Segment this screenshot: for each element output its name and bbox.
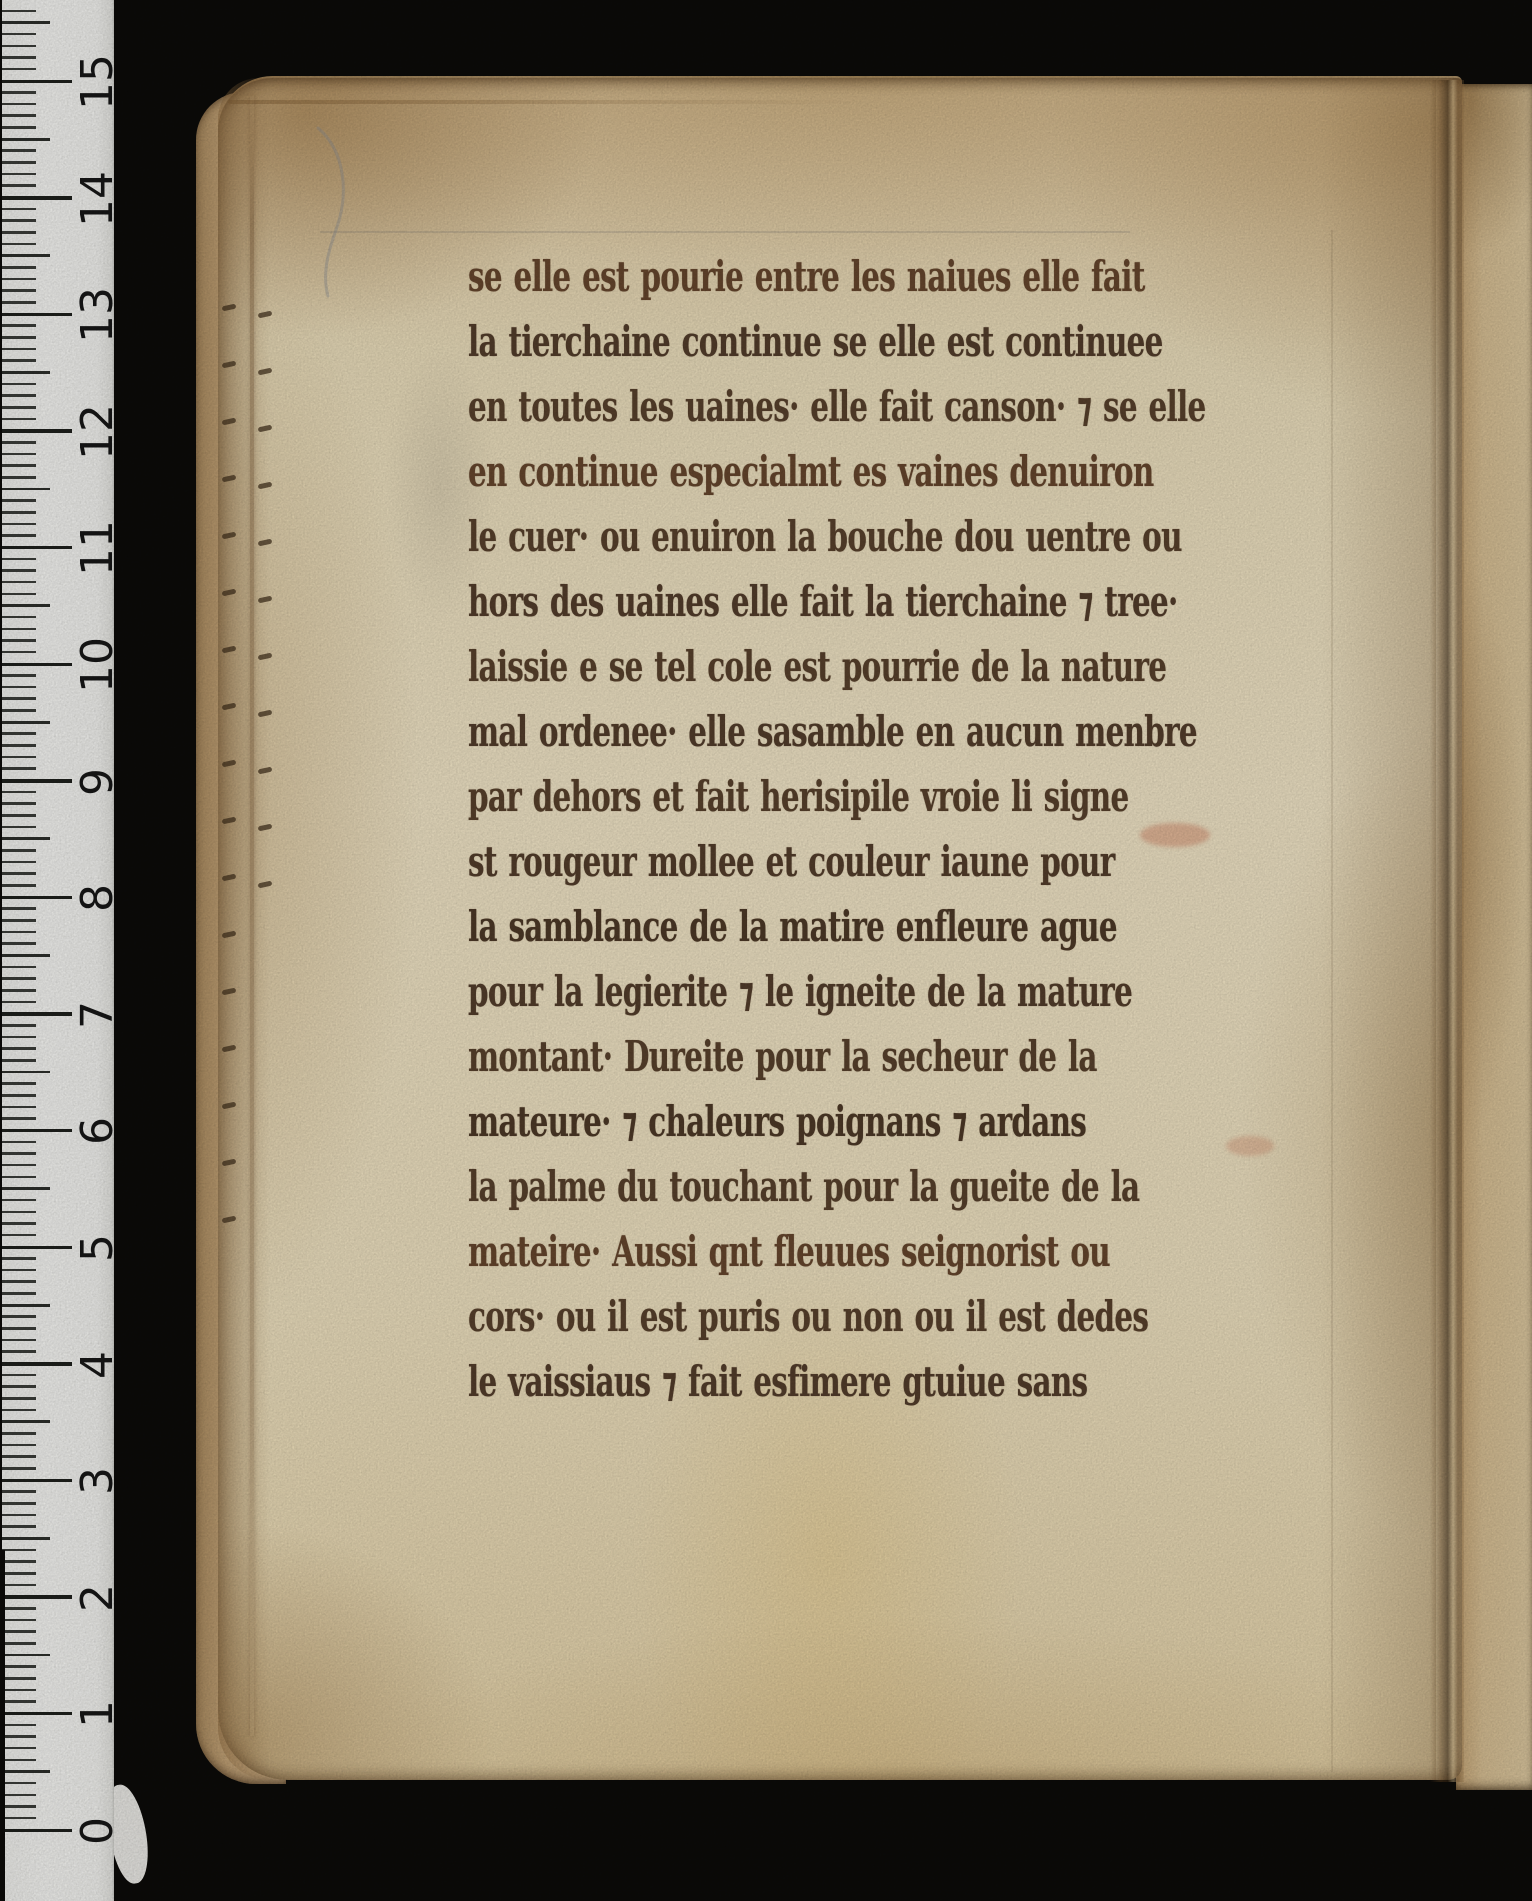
ruler-tick (2, 861, 36, 864)
ruler-number: 4 (74, 1341, 122, 1389)
ruler-tick (2, 1420, 50, 1423)
ruler-tick (2, 814, 36, 817)
ruler-tick (2, 1327, 36, 1330)
manuscript-line: mal ordenee· elle sasamble en aucun menb… (468, 699, 1205, 764)
ruler-tick (2, 697, 36, 700)
ruler-tick (2, 103, 36, 106)
ruler-tick (2, 1350, 36, 1353)
ruler-tick (2, 1012, 72, 1016)
ruler-tick (2, 243, 36, 246)
ruler-tick (2, 709, 36, 712)
ruler-tick (2, 1257, 36, 1260)
ruler-tick (2, 1269, 36, 1272)
ruler-tick (2, 651, 36, 654)
ruler-tick (2, 511, 36, 514)
ruler-tick (2, 56, 36, 59)
manuscript-book: se elle est pourie entre les naiues elle… (0, 0, 1532, 1901)
ruler-tick (2, 161, 36, 164)
ruler-tick (2, 1537, 50, 1540)
ruler-tick (2, 254, 50, 257)
ruler-tick (2, 1549, 36, 1552)
ruler-tick (2, 744, 36, 747)
ruler-tick (2, 371, 50, 374)
ruler-tick (2, 581, 36, 584)
ruler-tick (2, 453, 36, 456)
ruler-tick (2, 464, 36, 467)
ruler-tick (2, 1794, 36, 1797)
ruler-tick (2, 1292, 36, 1295)
ruler-number: 13 (74, 291, 122, 339)
ruler-tick (2, 1490, 36, 1493)
ruler-tick (2, 767, 36, 770)
ruler-tick (2, 1339, 36, 1342)
ruler-tick (2, 931, 36, 934)
ruler-tick (2, 1677, 36, 1680)
manuscript-line: hors des uaines elle fait la tierchaine … (468, 569, 1205, 634)
ruler-tick (2, 1654, 50, 1657)
ruler-tick (2, 1467, 36, 1470)
ruler-tick (2, 791, 36, 794)
ruler-number: 5 (74, 1224, 122, 1272)
ruler-tick (2, 10, 36, 13)
ruler-tick (2, 1222, 36, 1225)
ruler-tick (2, 942, 36, 945)
ruler-tick (2, 849, 36, 852)
page-crease (250, 96, 254, 1736)
ruler-tick (2, 989, 36, 992)
ruler-tick (2, 1409, 36, 1412)
ruler-tick (2, 441, 36, 444)
ruler-tick (2, 21, 50, 24)
ruler-tick (2, 289, 36, 292)
ruler-tick (2, 33, 36, 36)
ruler-tick (2, 569, 36, 572)
ruler-number: 0 (74, 1807, 122, 1855)
ruler-tick (2, 1106, 36, 1109)
ruler-tick (2, 1444, 36, 1447)
ruler-tick (2, 1304, 50, 1307)
ruler-tick (2, 826, 36, 829)
ruler-tick (2, 1152, 36, 1155)
ruler-tick (2, 91, 36, 94)
ruler-number: 10 (74, 641, 122, 689)
ruler-tick (2, 208, 36, 211)
ruler-tick (2, 313, 72, 317)
ruler-tick (2, 80, 72, 84)
manuscript-line: la tierchaine continue se elle est conti… (468, 309, 1205, 374)
ruler-tick (2, 1315, 36, 1318)
ruler-tick (2, 1724, 36, 1727)
ruler-tick (2, 523, 36, 526)
ruling-line-horizontal (320, 231, 1130, 233)
ruler-tick (2, 1735, 36, 1738)
ruler-tick (2, 837, 50, 840)
ruler-tick (2, 1759, 36, 1762)
ruler-tick (2, 546, 72, 550)
ruler-tick (2, 802, 36, 805)
manuscript-text: se elle est pourie entre les naiues elle… (468, 244, 1522, 1414)
ruler-tick (2, 1770, 50, 1773)
ruler-tick (2, 966, 36, 969)
manuscript-line: pour la legierite ⁊ le igneite de la mat… (468, 959, 1205, 1024)
ruler-tick (2, 884, 36, 887)
ruler-number: 2 (74, 1574, 122, 1622)
ruler-tick (2, 1164, 36, 1167)
ruler-tick (2, 954, 50, 957)
ruler-tick (2, 1187, 50, 1190)
ruler-tick (2, 488, 50, 491)
ruler-tick (2, 336, 36, 339)
ruler-tick (2, 1525, 36, 1528)
ruler-tick (2, 1176, 36, 1179)
ruler-tick (2, 1094, 36, 1097)
manuscript-line: en continue especialmt es vaines denuiro… (468, 439, 1205, 504)
background-strip (0, 1550, 5, 1901)
manuscript-line: par dehors et fait herisipile vroie li s… (468, 764, 1205, 829)
ruler-tick (2, 721, 50, 724)
ruler-tick (2, 1455, 36, 1458)
ruler-tick (2, 1712, 72, 1716)
ruler-tick (2, 1211, 36, 1214)
ruler-tick (2, 1817, 36, 1820)
ruler-tick (2, 1782, 36, 1785)
ruler-number: 9 (74, 758, 122, 806)
ruler-tick (2, 1082, 36, 1085)
ruler: 15 14 13 12 11 10 9 8 7 6 5 4 3 2 1 0 (2, 0, 114, 1901)
manuscript-line: mateure· ⁊ chaleurs poignans ⁊ ardans (468, 1089, 1205, 1154)
ruler-tick (2, 534, 36, 537)
ruler-tick (2, 663, 72, 667)
under-leaf-top-edge (228, 100, 868, 104)
ruler-tick (2, 639, 36, 642)
ruler-tick (2, 173, 36, 176)
ruler-tick (2, 219, 36, 222)
ruler-tick (2, 1572, 36, 1575)
ruler-tick (2, 1397, 36, 1400)
ruler-tick (2, 1560, 36, 1563)
ruler-tick (2, 1047, 36, 1050)
ruler-tick (2, 1246, 72, 1250)
ruler-tick (2, 628, 36, 631)
ruler-tick (2, 756, 36, 759)
ruler-tick (2, 593, 36, 596)
ruler-tick (2, 184, 36, 187)
ruler-tick (2, 126, 36, 129)
ruler-tick (2, 1700, 36, 1703)
ruler-tick (2, 1234, 36, 1237)
ruler-tick (2, 138, 50, 141)
manuscript-line: en toutes les uaines· elle fait canson· … (468, 374, 1205, 439)
ruler-number: 15 (74, 58, 122, 106)
ruler-tick (2, 1129, 72, 1133)
manuscript-line: le vaissiaus ⁊ fait esfimere gtuiue sans (468, 1349, 1205, 1414)
ruler-tick (2, 301, 36, 304)
ruler-tick (2, 149, 36, 152)
ruler-number: 3 (74, 1457, 122, 1505)
ruler-number: 6 (74, 1107, 122, 1155)
ruler-tick (2, 1630, 36, 1633)
manuscript-line: laissie e se tel cole est pourrie de la … (468, 634, 1205, 699)
ruler-tick (2, 196, 72, 200)
ruler-tick (2, 1642, 36, 1645)
ruler-tick (2, 68, 36, 71)
ruler-tick (2, 779, 72, 783)
ruler-tick (2, 406, 36, 409)
ruler-tick (2, 1059, 36, 1062)
ruler-tick (2, 1514, 36, 1517)
ruler-tick (2, 558, 36, 561)
ruler-tick (2, 1829, 72, 1833)
ruler-tick (2, 1362, 72, 1366)
manuscript-photo: se elle est pourie entre les naiues elle… (0, 0, 1532, 1901)
ruler-tick (2, 1502, 36, 1505)
ruler-tick (2, 1024, 36, 1027)
ruler-tick (2, 231, 36, 234)
ruler-tick (2, 977, 36, 980)
manuscript-line: le cuer· ou enuiron la bouche dou uentre… (468, 504, 1205, 569)
ruler-tick (2, 1689, 36, 1692)
ruler-tick (2, 394, 36, 397)
ruler-tick (2, 114, 36, 117)
ruler-tick (2, 1001, 36, 1004)
ruler-tick (2, 324, 36, 327)
manuscript-line: se elle est pourie entre les naiues elle… (468, 244, 1205, 309)
manuscript-line: la samblance de la matire enfleure ague (468, 894, 1205, 959)
ruler-number: 11 (74, 524, 122, 572)
ruler-tick (2, 1595, 72, 1599)
ruler-tick (2, 359, 36, 362)
ruler-tick (2, 1805, 36, 1808)
ruler-tick (2, 1479, 72, 1483)
ruler-tick (2, 1374, 36, 1377)
ruler-tick (2, 499, 36, 502)
ruler-tick (2, 1665, 36, 1668)
ruler-number: 12 (74, 408, 122, 456)
ruler-number: 8 (74, 874, 122, 922)
ruler-tick (2, 1141, 36, 1144)
ruler-number: 1 (74, 1690, 122, 1738)
manuscript-line: la palme du touchant pour la gueite de l… (468, 1154, 1205, 1219)
ruler-tick (2, 1385, 36, 1388)
ruler-tick (2, 1036, 36, 1039)
ruler-tick (2, 1117, 36, 1120)
ruler-tick (2, 674, 36, 677)
ruler-tick (2, 418, 36, 421)
manuscript-line: montant· Dureite pour la secheur de la (468, 1024, 1205, 1089)
ruler-tick (2, 1199, 36, 1202)
manuscript-line: st rougeur mollee et couleur iaune pour (468, 829, 1205, 894)
ruler-tick (2, 896, 72, 900)
ruler-tick (2, 1432, 36, 1435)
ruler-tick (2, 266, 36, 269)
ruler-tick (2, 919, 36, 922)
ruler-tick (2, 1071, 50, 1074)
graphite-mark (296, 122, 366, 302)
ruler-tick (2, 278, 36, 281)
ruler-number: 7 (74, 991, 122, 1039)
ruler-tick (2, 1619, 36, 1622)
ruler-number: 14 (74, 175, 122, 223)
ruler-tick (2, 1280, 36, 1283)
ruler-tick (2, 686, 36, 689)
manuscript-line: mateire· Aussi qnt fleuues seignorist ou (468, 1219, 1205, 1284)
ruler-tick (2, 1747, 36, 1750)
ruler-tick (2, 907, 36, 910)
ruler-tick (2, 732, 36, 735)
ruler-tick (2, 476, 36, 479)
ruler-tick (2, 348, 36, 351)
ruler-tick (2, 429, 72, 433)
ruler-tick (2, 616, 36, 619)
ruler-tick (2, 1607, 36, 1610)
ruler-tick (2, 872, 36, 875)
manuscript-line: cors· ou il est puris ou non ou il est d… (468, 1284, 1205, 1349)
ruler-tick (2, 604, 50, 607)
ruler-tick (2, 383, 36, 386)
ruler-tick (2, 45, 36, 48)
ruler-tick (2, 1584, 36, 1587)
